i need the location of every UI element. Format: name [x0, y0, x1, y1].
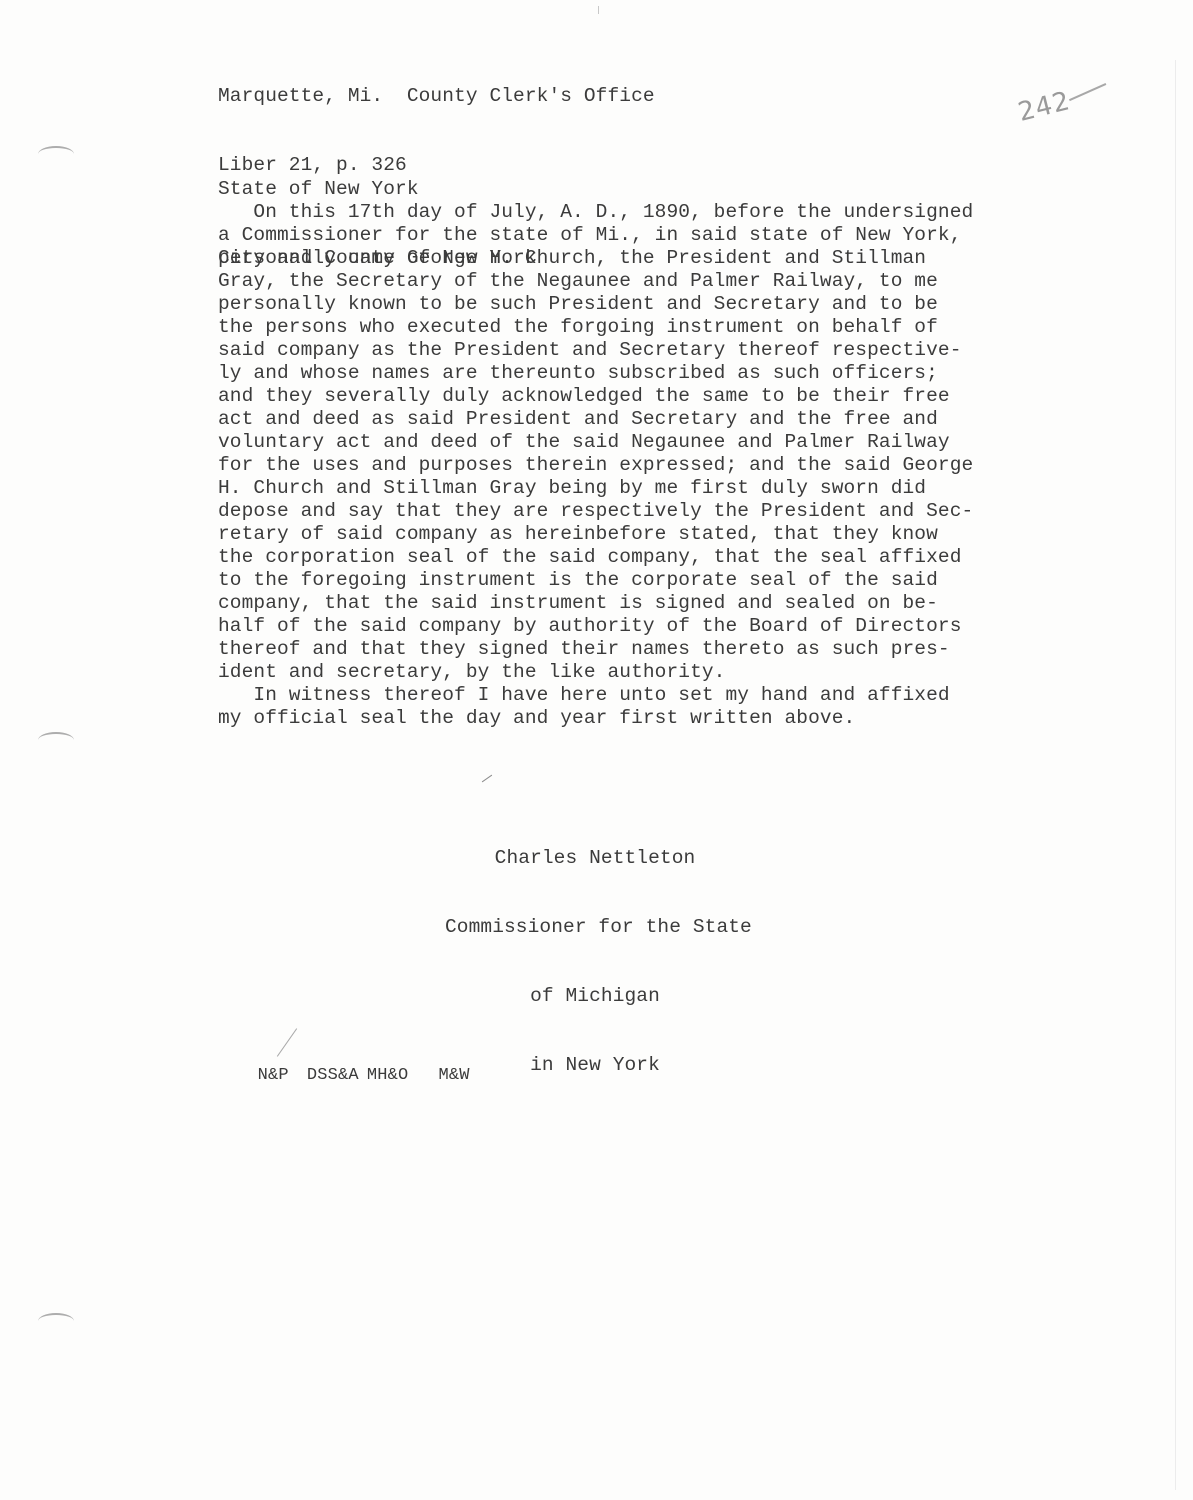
body-line: personally came George H. Church, the Pr…	[218, 247, 973, 270]
scan-mark	[598, 6, 602, 14]
body-line: the corporation seal of the said company…	[218, 546, 973, 569]
body-line: Gray, the Secretary of the Negaunee and …	[218, 270, 973, 293]
venue-state: State of New York	[218, 178, 537, 201]
signer-title-1: Commissioner for the State	[445, 916, 745, 939]
body-line: half of the said company by authority of…	[218, 615, 973, 638]
body-line: In witness thereof I have here unto set …	[218, 684, 973, 707]
signer-title-2: of Michigan	[445, 985, 745, 1008]
body-line: ident and secretary, by the like authori…	[218, 661, 973, 684]
railway-code: MH&O	[367, 1064, 409, 1087]
railway-code: M&W	[438, 1064, 469, 1087]
document-page: Marquette, Mi. County Clerk's Office Lib…	[0, 0, 1193, 1500]
signature-block: Charles Nettleton Commissioner for the S…	[445, 801, 745, 1123]
body-line: said company as the President and Secret…	[218, 339, 973, 362]
body-line: a Commissioner for the state of Mi., in …	[218, 224, 973, 247]
body-line: ly and whose names are thereunto subscri…	[218, 362, 973, 385]
railway-code: N&P	[258, 1064, 289, 1087]
page-edge-line	[1175, 60, 1176, 1490]
body-line: thereof and that they signed their names…	[218, 638, 973, 661]
punch-hole-mark-bottom	[38, 1313, 74, 1329]
handwritten-page-number: 242	[1015, 86, 1073, 128]
body-line: act and deed as said President and Secre…	[218, 408, 973, 431]
body-line: On this 17th day of July, A. D., 1890, b…	[218, 201, 973, 224]
body-line: voluntary act and deed of the said Negau…	[218, 431, 973, 454]
pencil-tick-mark	[482, 775, 492, 783]
body-line: for the uses and purposes therein expres…	[218, 454, 973, 477]
body-line: my official seal the day and year first …	[218, 707, 973, 730]
signer-name: Charles Nettleton	[445, 847, 745, 870]
body-line: and they severally duly acknowledged the…	[218, 385, 973, 408]
railway-codes: N&PDSS&AMH&OM&W	[216, 1041, 470, 1110]
body-line: retary of said company as hereinbefore s…	[218, 523, 973, 546]
body-line: H. Church and Stillman Gray being by me …	[218, 477, 973, 500]
railway-code: DSS&A	[307, 1064, 359, 1087]
punch-hole-mark-middle	[38, 732, 74, 748]
body-line: personally known to be such President an…	[218, 293, 973, 316]
body-line: company, that the said instrument is sig…	[218, 592, 973, 615]
body-line: the persons who executed the forgoing in…	[218, 316, 973, 339]
body-line: to the foregoing instrument is the corpo…	[218, 569, 973, 592]
record-office-line: Marquette, Mi. County Clerk's Office	[218, 85, 655, 108]
acknowledgment-body: On this 17th day of July, A. D., 1890, b…	[218, 201, 973, 730]
body-line: depose and say that they are respectivel…	[218, 500, 973, 523]
punch-hole-mark-top	[38, 146, 74, 162]
signer-title-3: in New York	[445, 1054, 745, 1077]
